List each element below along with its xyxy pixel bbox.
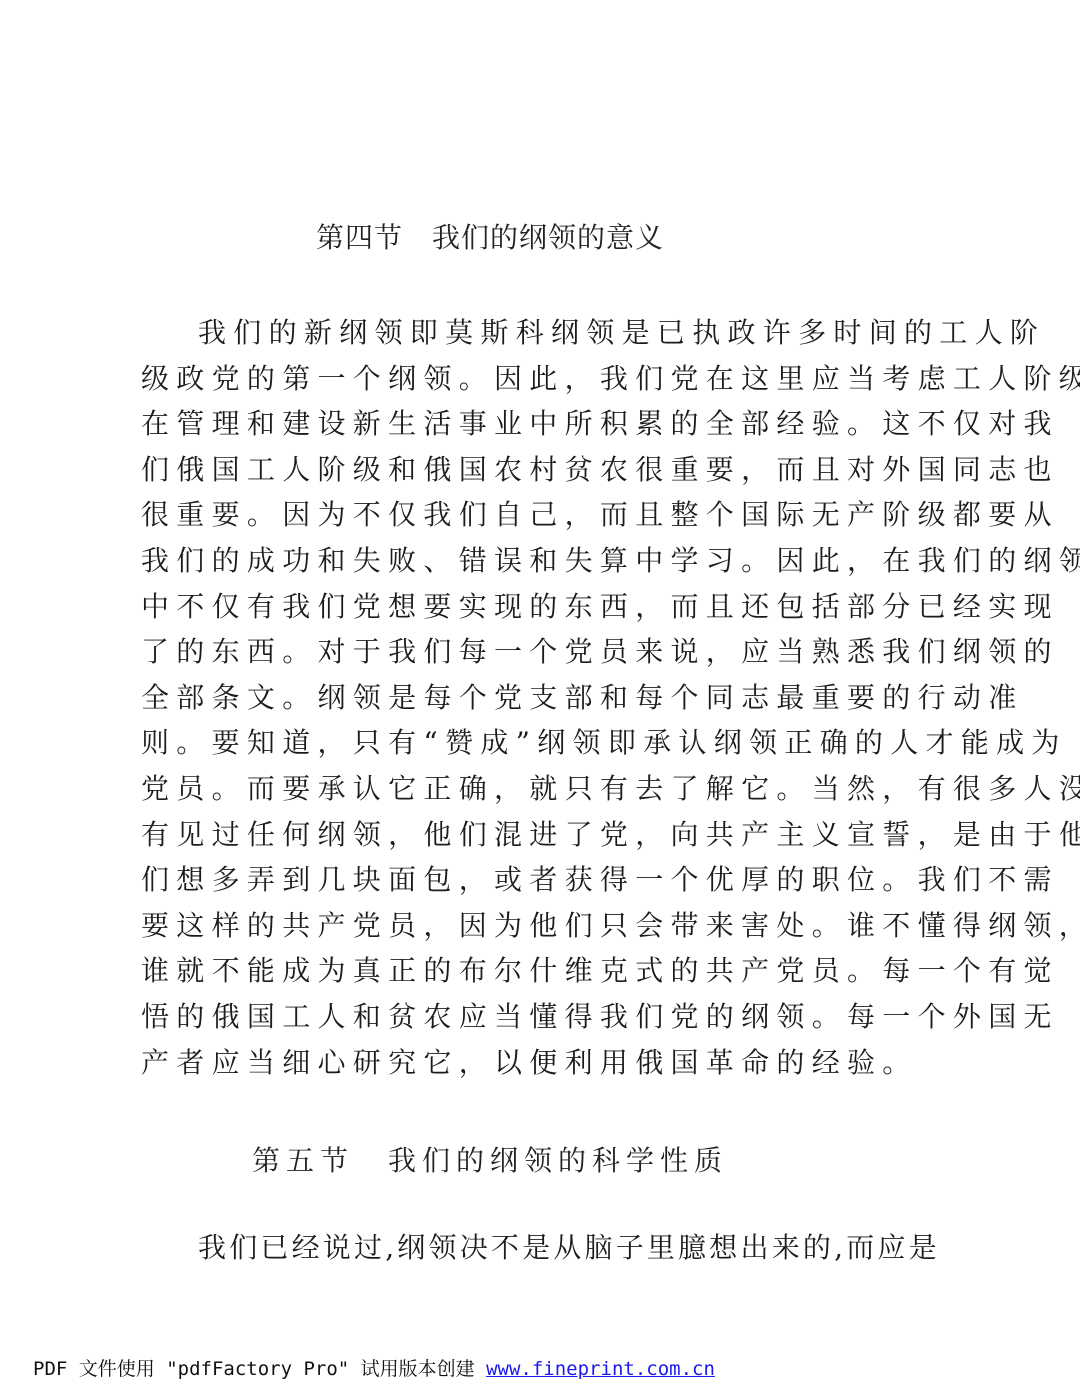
document-page: 第四节 我们的纲领的意义 我们的新纲领即莫斯科纲领是已执政许多时间的工人阶 级政… (0, 0, 1080, 1398)
paragraph-line: 我们的新纲领即莫斯科纲领是已执政许多时间的工人阶 (141, 310, 853, 356)
paragraph-line: 了的东西。对于我们每一个党员来说，应当熟悉我们纲领的 (141, 629, 853, 675)
paragraph-line: 则。要知道，只有“赞成”纲领即承认纲领正确的人才能成为 (141, 720, 853, 766)
section-5-heading: 第五节 我们的纲领的科学性质 (0, 1143, 1030, 1179)
paragraph-line: 很重要。因为不仅我们自己，而且整个国际无产阶级都要从 (141, 492, 853, 538)
paragraph-line: 产者应当细心研究它，以便利用俄国革命的经验。 (141, 1040, 853, 1086)
paragraph-line: 在管理和建设新生活事业中所积累的全部经验。这不仅对我 (141, 401, 853, 447)
fineprint-link[interactable]: www.fineprint.com.cn (486, 1358, 715, 1380)
paragraph-line: 全部条文。纲领是每个党支部和每个同志最重要的行动准 (141, 675, 853, 721)
paragraph-line: 们俄国工人阶级和俄国农村贫农很重要，而且对外国同志也 (141, 447, 853, 493)
paragraph-line: 我们已经说过,纲领决不是从脑子里臆想出来的,而应是 (141, 1225, 853, 1271)
paragraph-line: 我们的成功和失败、错误和失算中学习。因此，在我们的纲领 (141, 538, 853, 584)
section-5-paragraph: 我们已经说过,纲领决不是从脑子里臆想出来的,而应是 (141, 1225, 853, 1271)
paragraph-line: 级政党的第一个纲领。因此，我们党在这里应当考虑工人阶级 (141, 356, 853, 402)
paragraph-line: 中不仅有我们党想要实现的东西，而且还包括部分已经实现 (141, 584, 853, 630)
section-4-heading: 第四节 我们的纲领的意义 (0, 220, 1030, 256)
watermark-text: PDF 文件使用 "pdfFactory Pro" 试用版本创建 (33, 1358, 486, 1380)
paragraph-line: 党员。而要承认它正确，就只有去了解它。当然，有很多人没 (141, 766, 853, 812)
paragraph-line: 悟的俄国工人和贫农应当懂得我们党的纲领。每一个外国无 (141, 994, 853, 1040)
section-4-paragraph: 我们的新纲领即莫斯科纲领是已执政许多时间的工人阶 级政党的第一个纲领。因此，我们… (141, 310, 853, 1085)
paragraph-line: 有见过任何纲领，他们混进了党，向共产主义宣誓，是由于他 (141, 812, 853, 858)
paragraph-line: 要这样的共产党员，因为他们只会带来害处。谁不懂得纲领， (141, 903, 853, 949)
paragraph-line: 们想多弄到几块面包，或者获得一个优厚的职位。我们不需 (141, 857, 853, 903)
paragraph-line: 谁就不能成为真正的布尔什维克式的共产党员。每一个有觉 (141, 948, 853, 994)
pdf-watermark-footer: PDF 文件使用 "pdfFactory Pro" 试用版本创建 www.fin… (33, 1356, 715, 1382)
